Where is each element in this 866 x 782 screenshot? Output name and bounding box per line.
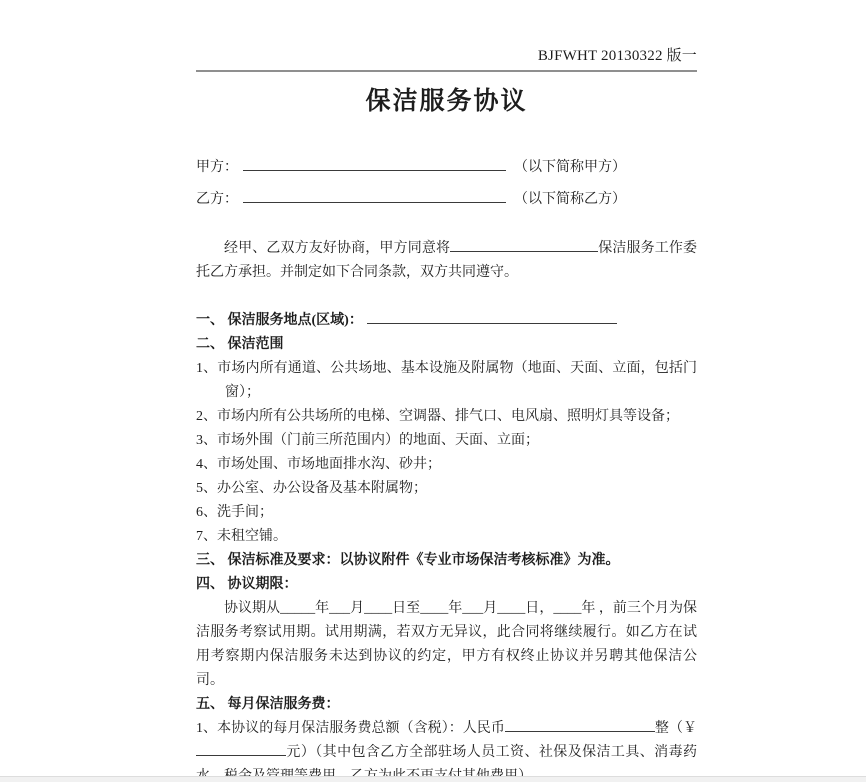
intro-paragraph: 经甲、乙双方友好协商，甲方同意将保洁服务工作委托乙方承担。并制定如下合同条款，双… [196, 237, 697, 285]
fee-unit-label: 整 [655, 721, 669, 736]
fee-yuan-open: （￥ [669, 721, 697, 736]
scope-item-6: 6、洗手间； [196, 501, 697, 525]
fee-text-before-amount: 1、本协议的每月保洁服务费总额（含税）：人民币 [196, 721, 505, 736]
fee-amount-words-blank-field [505, 718, 655, 732]
contract-document: BJFWHT 20130322 版一 保洁服务协议 甲方：（以下简称甲方） 乙方… [196, 0, 697, 782]
section-standard-heading: 三、 保洁标准及要求：以协议附件《专业市场保洁考核标准》为准。 [196, 549, 697, 573]
section-location-heading: 一、 保洁服务地点(区域)： [196, 313, 363, 328]
scope-item-2: 2、市场内所有公共场所的电梯、空调器、排气口、电风扇、照明灯具等设备； [196, 405, 697, 429]
section-fee-heading: 五、 每月保洁服务费： [196, 693, 697, 717]
party-b-blank-field [243, 189, 506, 203]
scope-item-1: 1、市场内所有通道、公共场地、基本设施及附属物（地面、天面、立面，包括门窗）； [196, 357, 697, 405]
document-version-label: BJFWHT 20130322 版一 [196, 0, 697, 65]
scope-item-5: 5、办公室、办公设备及基本附属物； [196, 477, 697, 501]
scope-item-3: 3、市场外围（门前三所范围内）的地面、天面、立面； [196, 429, 697, 453]
contract-sections: 一、 保洁服务地点(区域)： 二、 保洁范围 1、市场内所有通道、公共场地、基本… [196, 309, 697, 782]
intro-blank-field [450, 238, 598, 252]
party-a-blank-field [243, 157, 506, 171]
section-fee-item-1: 1、本协议的每月保洁服务费总额（含税）：人民币整（￥元）（其中包含乙方全部驻场人… [196, 717, 697, 782]
intro-text-before: 经甲、乙双方友好协商，甲方同意将 [224, 241, 450, 256]
scope-item-4: 4、市场处围、市场地面排水沟、砂井； [196, 453, 697, 477]
section-term-heading: 四、 协议期限： [196, 573, 697, 597]
section-scope-heading: 二、 保洁范围 [196, 333, 697, 357]
page-title: 保洁服务协议 [196, 87, 697, 117]
party-a-label: 甲方： [196, 160, 238, 175]
fee-amount-digits-blank-field [196, 742, 286, 756]
horizontal-scrollbar-track[interactable] [0, 776, 866, 782]
header-rule [196, 70, 697, 72]
section-term-paragraph: 协议期从_____年___月____日至____年___月____日，____年… [196, 597, 697, 693]
section-location-line: 一、 保洁服务地点(区域)： [196, 309, 697, 333]
party-a-note: （以下简称甲方） [514, 160, 626, 175]
scope-item-7: 7、未租空铺。 [196, 525, 697, 549]
party-b-note: （以下简称乙方） [514, 192, 626, 207]
party-b-label: 乙方： [196, 192, 238, 207]
party-a-line: 甲方：（以下简称甲方） [196, 157, 697, 179]
section-location-blank-field [367, 310, 617, 324]
party-b-line: 乙方：（以下简称乙方） [196, 189, 697, 211]
